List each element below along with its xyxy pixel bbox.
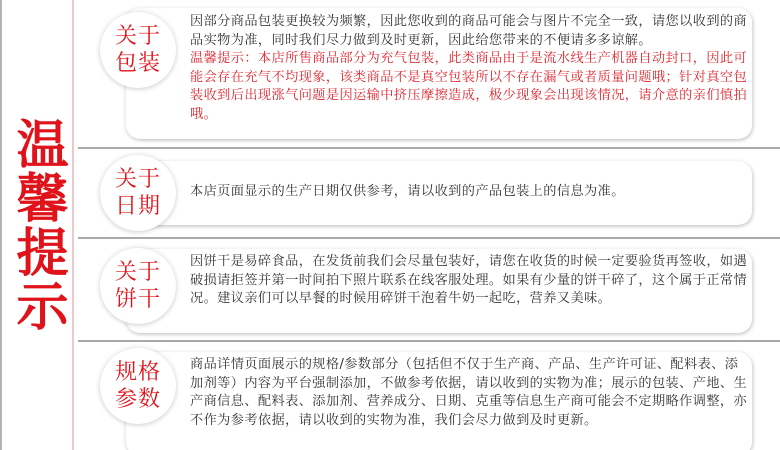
date-body: 本店页面显示的生产日期仅供参考，请以收到的产品包装上的信息为准。 <box>190 183 750 202</box>
card-text-biscuits: 因饼干是易碎食品，在发货前我们会尽量包装好，请您在收货的时候一定要验货再签收，如… <box>190 253 750 309</box>
badge-line1: 关于 <box>115 23 161 50</box>
packaging-warning: 温馨提示：本店所售商品部分为充气包装，此类商品由于是流水线生产机器自动封口，因此… <box>190 50 750 124</box>
notice-sections: 关于 包装 因部分商品包装更换较为频繁，因此您收到的商品可能会与图片不完全一致，… <box>74 0 780 450</box>
badge-line2: 日期 <box>115 193 161 220</box>
card-text-specs: 商品详情页面展示的规格/参数部分（包括但不仅于生产商、产品、生产许可证、配料表、… <box>190 356 750 430</box>
title-column: 温馨提示 <box>2 0 72 450</box>
badge-biscuits: 关于 饼干 <box>100 248 176 324</box>
badge-line2: 饼干 <box>115 286 161 313</box>
badge-line2: 包装 <box>115 50 161 77</box>
badge-packaging: 关于 包装 <box>100 12 176 88</box>
section-specs: 规格 参数 商品详情页面展示的规格/参数部分（包括但不仅于生产商、产品、生产许可… <box>74 342 780 450</box>
badge-specs: 规格 参数 <box>100 348 176 424</box>
specs-body: 商品详情页面展示的规格/参数部分（包括但不仅于生产商、产品、生产许可证、配料表、… <box>190 356 750 430</box>
section-biscuits: 关于 饼干 因饼干是易碎食品，在发货前我们会尽量包装好，请您在收货的时候一定要验… <box>74 239 780 340</box>
page-title: 温馨提示 <box>7 117 67 333</box>
badge-line2: 参数 <box>115 386 161 413</box>
section-packaging: 关于 包装 因部分商品包装更换较为频繁，因此您收到的商品可能会与图片不完全一致，… <box>74 0 780 147</box>
badge-line1: 规格 <box>115 359 161 386</box>
card-text-packaging: 因部分商品包装更换较为频繁，因此您收到的商品可能会与图片不完全一致，请您以收到的… <box>190 13 750 124</box>
badge-line1: 关于 <box>115 259 161 286</box>
packaging-body: 因部分商品包装更换较为频繁，因此您收到的商品可能会与图片不完全一致，请您以收到的… <box>190 13 750 50</box>
badge-line1: 关于 <box>115 166 161 193</box>
badge-date: 关于 日期 <box>100 155 176 231</box>
biscuits-body: 因饼干是易碎食品，在发货前我们会尽量包装好，请您在收货的时候一定要验货再签收，如… <box>190 253 750 309</box>
card-text-date: 本店页面显示的生产日期仅供参考，请以收到的产品包装上的信息为准。 <box>190 183 750 202</box>
section-date: 关于 日期 本店页面显示的生产日期仅供参考，请以收到的产品包装上的信息为准。 <box>74 149 780 237</box>
